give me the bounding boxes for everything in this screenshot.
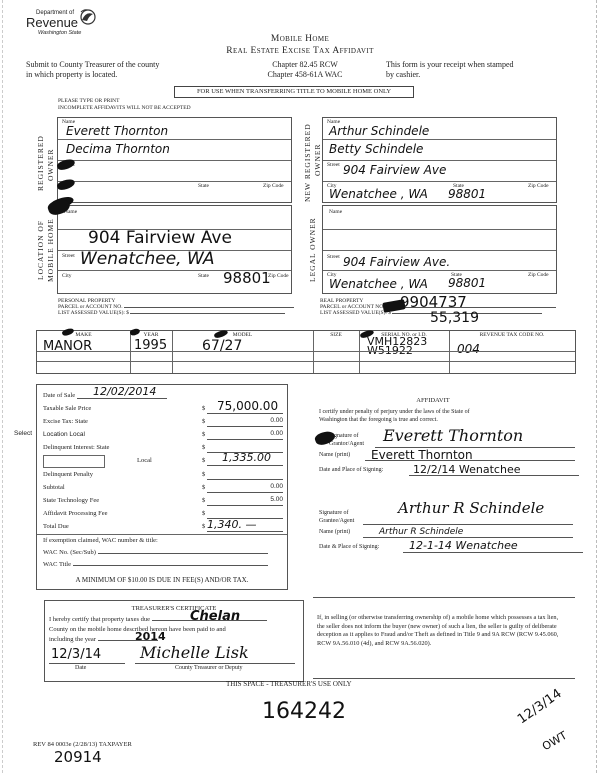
street-label: Street: [327, 254, 340, 260]
tax-row-label: Total Due: [43, 523, 69, 530]
personal-property-label: PERSONAL PROPERTY PARCEL or ACCOUNT NO. …: [58, 298, 294, 316]
header-size: SIZE: [313, 332, 359, 338]
exemption-label: If exemption claimed, WAC number & title…: [43, 537, 158, 544]
tax-row-label: State Technology Fee: [43, 497, 99, 504]
personal-property-assessed-field[interactable]: [130, 313, 285, 314]
real-property-assessed-label: LIST ASSESSED VALUE(S): $: [320, 310, 391, 316]
serial-column: SERIAL NO. or I.D. VMH12823 W51922: [359, 331, 450, 373]
tax-code-value[interactable]: 004: [457, 342, 480, 356]
legal-owner-box: Name Street 904 Fairview Ave. City Wenat…: [322, 205, 557, 294]
excise-tax-state-field[interactable]: 0.00: [207, 417, 283, 427]
instructions: PLEASE TYPE OR PRINT INCOMPLETE AFFIDAVI…: [58, 98, 191, 112]
real-property-assessed-value[interactable]: 55,319: [430, 310, 479, 326]
chapter-references: Chapter 82.45 RCW Chapter 458-61A WAC: [255, 60, 355, 80]
tax-box: Date of Sale 12/02/2014 Taxable Sale Pri…: [36, 384, 288, 590]
grantor-sig-label-2: Grantor/Agent: [329, 440, 364, 448]
tax-row-label: Location Local: [43, 431, 85, 438]
treasurer-county: Chelan: [190, 609, 240, 624]
tax-row-label: Subtotal: [43, 484, 65, 491]
dollar-sign: $: [202, 484, 205, 491]
delinquent-interest-local-value: 1,335.00: [222, 451, 271, 464]
grantor-name-label: Name (print): [319, 452, 350, 458]
delinquent-penalty-field[interactable]: [207, 470, 283, 480]
real-property-parcel-value[interactable]: 9904737: [400, 293, 467, 311]
year-column: YEAR 1995: [130, 331, 173, 373]
personal-property-parcel-field[interactable]: [124, 307, 294, 308]
new-owner-city[interactable]: Wenatchee , WA: [329, 187, 428, 201]
grantee-date-line[interactable]: [403, 552, 583, 553]
dollar-sign: $: [202, 431, 205, 438]
treasurer-date: 12/3/14: [51, 647, 101, 662]
cert-line3-text: including the year: [49, 636, 96, 643]
make-column: MAKE MANOR: [37, 331, 131, 373]
logo-revenue-text: Revenue: [26, 15, 78, 30]
receipt-number: 164242: [262, 699, 346, 724]
affidavit-title: AFFIDAVIT: [313, 397, 553, 404]
wac-no-label: WAC No. (Sec/Sub): [43, 549, 96, 556]
legal-owner-label: LEGAL OWNER: [308, 210, 318, 290]
receipt-line2: by cashier.: [386, 70, 586, 80]
form-id: REV 84 0003e (2/28/13) TAXPAYER: [33, 741, 132, 748]
grantee-signature-label: Signature of Grantee/Agent: [319, 509, 354, 525]
treasurer-cert-title: TREASURER'S CERTIFICATE: [45, 605, 303, 612]
grantor-date: 12/2/14 Wenatchee: [413, 463, 520, 476]
use-banner: FOR USE WHEN TRANSFERRING TITLE TO MOBIL…: [174, 86, 414, 98]
treasurer-certificate-box: TREASURER'S CERTIFICATE I hereby certify…: [44, 600, 304, 682]
grantee-sig-label-1: Signature of: [319, 509, 354, 517]
registered-owner-label-2: OWNER: [46, 135, 56, 195]
model-column: MODEL 67/27: [172, 331, 314, 373]
grantee-date: 12-1-14 Wenatchee: [409, 539, 518, 552]
tax-row-label: Excise Tax: State: [43, 418, 88, 425]
excise-tax-local-field[interactable]: 0.00: [207, 430, 283, 440]
zip-label: Zip Code: [268, 273, 289, 279]
cert-line1-text: I hereby certify that property taxes due: [49, 616, 150, 623]
tax-row-label: Affidavit Processing Fee: [43, 510, 108, 517]
chapter-wac: Chapter 458-61A WAC: [255, 70, 355, 80]
submit-line2: in which property is located.: [26, 70, 206, 80]
registered-owner-name2[interactable]: Decima Thornton: [66, 142, 170, 156]
registered-owner-box: Name Everett Thornton Decima Thornton St…: [57, 117, 292, 203]
treasurer-signature-line[interactable]: [135, 663, 295, 664]
zip-label: Zip Code: [528, 183, 549, 189]
zip-label: Zip Code: [263, 183, 284, 189]
select-label: Select: [14, 430, 32, 437]
location-box: Name 904 Fairview Ave Street Wenatchee, …: [57, 205, 292, 294]
scan-edge-left: [2, 0, 4, 773]
location-line2[interactable]: Wenatchee, WA: [80, 249, 215, 269]
size-column: SIZE: [313, 331, 360, 373]
dollar-sign: $: [202, 444, 205, 451]
grantee-sig-label-2: Grantee/Agent: [319, 517, 354, 525]
total-due-value: 1,340. —: [207, 518, 256, 531]
dollar-sign: $: [202, 457, 205, 464]
grantee-name-label: Name (print): [319, 529, 350, 535]
dollar-sign: $: [202, 405, 205, 412]
scan-edge-right: [596, 0, 598, 773]
treasurer-date-line[interactable]: [49, 663, 125, 664]
location-label-2: MOBILE HOME: [46, 210, 56, 290]
personal-property-assessed: LIST ASSESSED VALUE(S): $: [58, 310, 294, 316]
tax-row-label: Local: [137, 457, 152, 464]
certify-line2: Washington that the foregoing is true an…: [319, 416, 579, 424]
wac-title-row: WAC Title: [43, 561, 268, 568]
minimum-due-notice: A MINIMUM OF $10.00 IS DUE IN FEE(S) AND…: [37, 576, 287, 584]
tax-row-label: Delinquent Penalty: [43, 471, 93, 478]
registered-owner-label-1: REGISTERED: [36, 118, 46, 208]
grantee-name-line[interactable]: [363, 537, 573, 538]
tax-code-column: REVENUE TAX CODE NO. 004: [449, 331, 575, 373]
grantee-date-label: Date & Place of Signing:: [319, 544, 379, 550]
wa-emblem-icon: [78, 8, 96, 26]
location-zip[interactable]: 98801: [223, 269, 271, 287]
chapter-rcw: Chapter 82.45 RCW: [255, 60, 355, 70]
tax-lien-notice: If, in selling (or otherwise transferrin…: [317, 614, 567, 648]
treasurer-use-label: THIS SPACE - TREASURER'S USE ONLY: [226, 680, 352, 688]
grantee-signature-line[interactable]: [363, 524, 573, 525]
date-label: Date: [75, 665, 86, 671]
location-code-input[interactable]: [43, 455, 105, 468]
certify-line1: I certify under penalty of perjury under…: [319, 408, 579, 416]
grantor-signature: Everett Thornton: [383, 426, 523, 445]
state-label: State: [198, 273, 209, 279]
instructions-line1: PLEASE TYPE OR PRINT: [58, 98, 191, 105]
wac-title-field[interactable]: [73, 565, 268, 566]
new-owner-name2[interactable]: Betty Schindele: [329, 142, 423, 156]
legal-owner-street[interactable]: 904 Fairview Ave.: [343, 255, 450, 269]
header-tax-code: REVENUE TAX CODE NO.: [449, 332, 575, 338]
taxable-sale-price-value: 75,000.00: [217, 399, 278, 413]
wac-no-row: WAC No. (Sec/Sub): [43, 549, 268, 556]
header-make: MAKE: [37, 332, 130, 338]
name-label: Name: [329, 209, 342, 215]
city-label: City: [62, 273, 71, 279]
form-title-line1: Mobile Home: [0, 34, 600, 44]
stamp-initials: OWT: [540, 729, 569, 753]
legal-owner-zip[interactable]: 98801: [448, 276, 486, 290]
wac-no-field[interactable]: [98, 553, 268, 554]
grantee-name: Arthur R Schindele: [379, 527, 463, 537]
tax-row-label: Taxable Sale Price: [43, 405, 91, 412]
location-line1[interactable]: 904 Fairview Ave: [88, 228, 232, 248]
serial-value[interactable]: VMH12823 W51922: [367, 337, 427, 355]
street-label: Street: [62, 253, 75, 259]
state-label: State: [198, 183, 209, 189]
wac-title-label: WAC Title: [43, 561, 71, 568]
date-of-sale-text: Date of Sale: [43, 392, 75, 399]
treasurer-signature: Michelle Lisk: [140, 643, 249, 662]
submit-line1: Submit to County Treasurer of the county: [26, 60, 206, 70]
submit-instructions: Submit to County Treasurer of the county…: [26, 60, 206, 80]
grantee-signature: Arthur R Schindele: [398, 499, 544, 517]
dollar-sign: $: [202, 497, 205, 504]
receipt-line1: This form is your receipt when stamped: [386, 60, 586, 70]
dollar-sign: $: [202, 510, 205, 517]
affidavit-certify: I certify under penalty of perjury under…: [319, 408, 579, 424]
form-title-line2: Real Estate Excise Tax Affidavit: [0, 46, 600, 56]
personal-property-assessed-label: LIST ASSESSED VALUE(S): $: [58, 310, 129, 316]
tax-lien-notice-box: If, in selling (or otherwise transferrin…: [313, 597, 575, 679]
new-owner-label-1: NEW REGISTERED: [303, 118, 313, 208]
stamp-date: 12/3/14: [515, 686, 565, 727]
instructions-line2: INCOMPLETE AFFIDAVITS WILL NOT BE ACCEPT…: [58, 105, 191, 112]
tax-row-label: Delinquent Interest: State: [43, 444, 109, 451]
location-label-1: LOCATION OF: [36, 210, 46, 290]
dollar-sign: $: [202, 418, 205, 425]
street-label: Street: [327, 162, 340, 168]
registered-owner-name1[interactable]: Everett Thornton: [66, 124, 168, 138]
receipt-notice: This form is your receipt when stamped b…: [386, 60, 586, 80]
handwritten-code: 20914: [54, 748, 102, 766]
zip-label: Zip Code: [528, 272, 549, 278]
header-model: MODEL: [172, 332, 313, 338]
new-owner-zip[interactable]: 98801: [448, 187, 486, 201]
legal-owner-city[interactable]: Wenatchee , WA: [329, 277, 428, 291]
new-owner-street[interactable]: 904 Fairview Ave: [343, 163, 446, 177]
treasurer-year: 2014: [135, 630, 166, 643]
signature-label: County Treasurer or Deputy: [175, 665, 243, 671]
dollar-sign: $: [202, 471, 205, 478]
subtotal-field[interactable]: 0.00: [207, 483, 283, 493]
new-owner-box: Name Arthur Schindele Betty Schindele St…: [322, 117, 557, 203]
date-of-sale-value[interactable]: 12/02/2014: [93, 385, 156, 398]
dollar-sign: $: [202, 523, 205, 530]
state-technology-fee-field[interactable]: 5.00: [207, 496, 283, 506]
new-owner-name1[interactable]: Arthur Schindele: [329, 124, 429, 138]
grantor-name: Everett Thornton: [371, 448, 473, 462]
mobile-home-table: MAKE MANOR YEAR 1995 MODEL 67/27 SIZE SE…: [36, 330, 576, 374]
grantor-date-label: Date and Place of Signing:: [319, 467, 383, 473]
